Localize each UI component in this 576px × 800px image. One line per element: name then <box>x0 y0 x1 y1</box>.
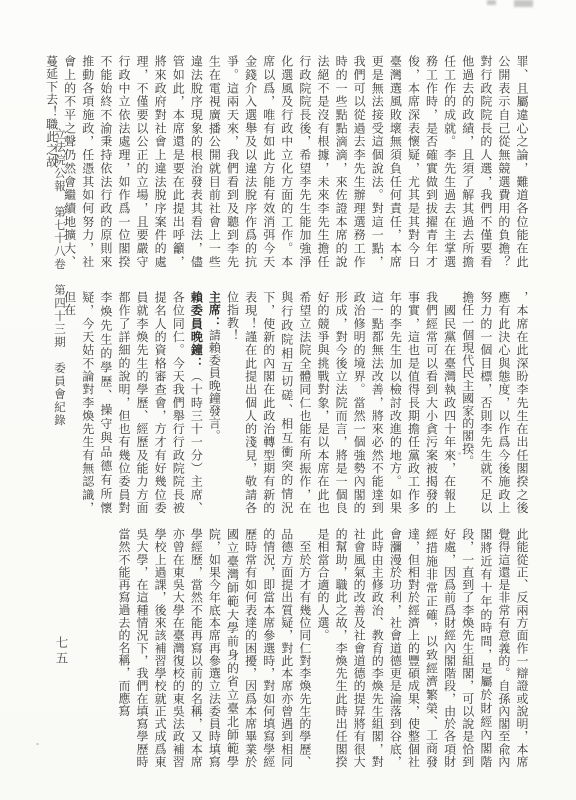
text-register-bottom: 此能從正、反兩方面作一辯證或說明，本席覺得這還是非常有意義的。自孫內閣至兪內閣將… <box>78 528 531 768</box>
gazette-scanned-page: 罪、且屬違心之論，難道各位能在此公開表示自己從無競選費用的負擔？對行政院院長的人… <box>0 0 576 800</box>
text-register-middle: ，本席在此深盼李先生在出任閣揆之後應有此決心與態度，以作爲今後施政上努力的一個目… <box>78 291 531 514</box>
text-column-paragraph: 此能從正、反兩方面作一辯證或說明，本席覺得這還是非常有意義的。自孫內閣至兪內閣將… <box>314 528 531 768</box>
speech-text: 至於方才有幾位同仁對李煥先生的學歷、品德方面提出質疑，對此本席亦曾遇到相同的情況… <box>117 528 312 768</box>
speech-text: 此能從正、反兩方面作一辯證或說明，本席覺得這還是非常有意義的。自孫內閣至兪內閣將… <box>316 528 529 768</box>
text-column-paragraph: 主席：請賴委員晚鐘發言。 <box>205 291 223 514</box>
scan-artifact-smudge <box>487 0 496 5</box>
text-column-paragraph: 至於方才有幾位同仁對李煥先生的學歷、品德方面提出質疑，對此本席亦曾遇到相同的情況… <box>115 528 314 768</box>
speech-text: 罪、且屬違心之論，難道各位能在此公開表示自己從無競選費用的負擔？對行政院院長的人… <box>45 55 529 268</box>
text-column-paragraph: 罪、且屬違心之論，難道各位能在此公開表示自己從無競選費用的負擔？對行政院院長的人… <box>42 55 531 268</box>
speech-text: （十時三十一分）主席、各位同仁。今天我們舉行行政院院長被提名人的資格審查會，方才… <box>63 291 204 514</box>
speaker-name: 賴委員晚鐘： <box>189 291 203 370</box>
page-number: 七五 <box>52 636 70 667</box>
margin-publication-title: 立法院公報 第七十八卷 第四十三期 委員會紀錄 <box>52 128 68 458</box>
text-column-paragraph: ，本席在此深盼李先生在出任閣揆之後應有此決心與態度，以作爲今後施政上努力的一個目… <box>459 291 531 514</box>
text-register-top: 罪、且屬違心之論，難道各位能在此公開表示自己從無競選費用的負擔？對行政院院長的人… <box>78 55 531 268</box>
speaker-name: 主席： <box>207 291 221 329</box>
text-column-paragraph: 賴委員晚鐘：（十時三十一分）主席、各位同仁。今天我們舉行行政院院長被提名人的資格… <box>61 291 206 514</box>
scan-speck <box>36 743 39 745</box>
text-column-paragraph: 國民黨在臺灣執政四十年來，在報上我們經常可以看到大小貪污案被揭發的事實，這也是值… <box>223 291 458 514</box>
speech-text: 請賴委員晚鐘發言。 <box>207 329 221 442</box>
scan-artifact-smudge <box>514 0 533 7</box>
speech-text: ，本席在此深盼李先生在出任閣揆之後應有此決心與態度，以作爲今後施政上努力的一個目… <box>461 291 529 514</box>
speech-text: 國民黨在臺灣執政四十年來，在報上我們經常可以看到大小貪污案被揭發的事實，這也是值… <box>226 291 457 514</box>
